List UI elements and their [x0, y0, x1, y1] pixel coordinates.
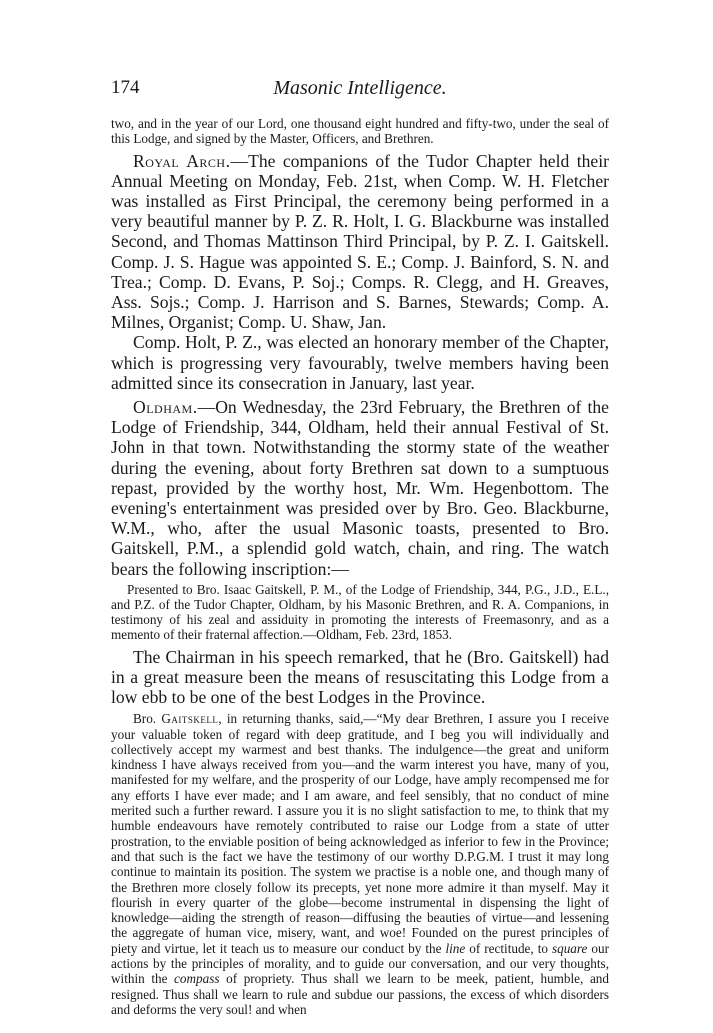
- book-page: 174 Masonic Intelligence. two, and in th…: [0, 0, 713, 1033]
- paragraph-text: , in returning thanks, said,—“My dear Br…: [111, 711, 609, 955]
- paragraph-chairman: The Chairman in his speech remarked, tha…: [111, 647, 609, 708]
- paragraph-text: Bro.: [133, 711, 161, 726]
- watch-inscription: Presented to Bro. Isaac Gaitskell, P. M.…: [111, 582, 609, 643]
- italic-square: square: [552, 941, 587, 956]
- paragraph-royal-arch: Royal Arch.—The companions of the Tudor …: [111, 151, 609, 333]
- running-title: Masonic Intelligence.: [111, 77, 609, 100]
- paragraph-continuation: two, and in the year of our Lord, one th…: [111, 116, 609, 147]
- paragraph-text: —The companions of the Tudor Chapter hel…: [111, 151, 609, 333]
- page-header: 174 Masonic Intelligence.: [111, 77, 609, 101]
- paragraph-text: —On Wednesday, the 23rd February, the Br…: [111, 397, 609, 579]
- page-body: two, and in the year of our Lord, one th…: [111, 116, 609, 1017]
- paragraph-gaitskell-speech: Bro. Gaitskell, in returning thanks, sai…: [111, 711, 609, 1017]
- speaker-name: Gaitskell: [161, 711, 218, 726]
- section-lead-royal-arch: Royal Arch.: [133, 151, 230, 171]
- italic-line: line: [445, 941, 465, 956]
- paragraph-text: of rectitude, to: [465, 941, 552, 956]
- section-lead-oldham: Oldham.: [133, 397, 198, 417]
- paragraph-holt: Comp. Holt, P. Z., was elected an honora…: [111, 332, 609, 393]
- italic-compass: compass: [174, 971, 219, 986]
- paragraph-oldham: Oldham.—On Wednesday, the 23rd February,…: [111, 397, 609, 579]
